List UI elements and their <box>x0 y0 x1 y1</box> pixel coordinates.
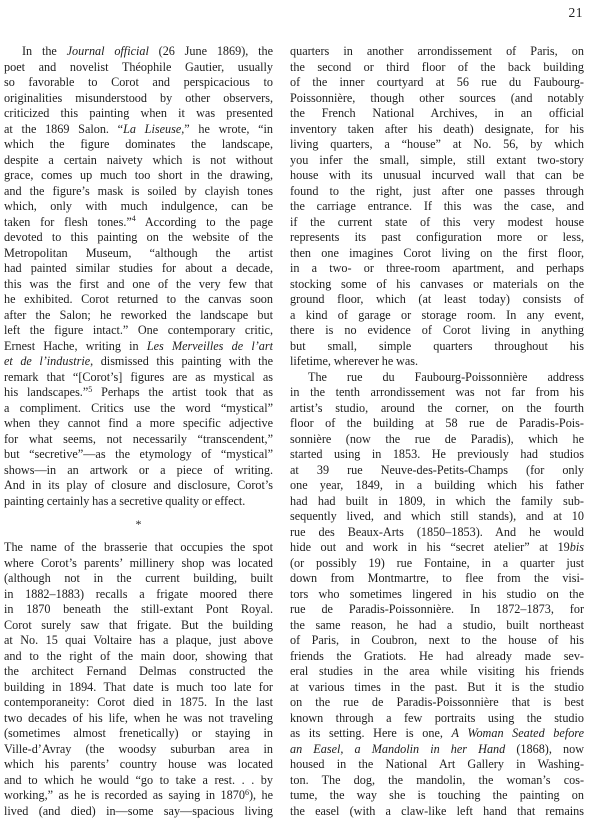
text-line: in 1870 beneath the still-extant Pont Ro… <box>4 602 273 618</box>
text-line: when they cannot find a more specific ad… <box>4 416 273 432</box>
text-line: originalities misunderstood by other obs… <box>4 91 273 107</box>
text-line: which his parents’ country house was loc… <box>4 757 273 773</box>
italic-text: La Liseuse <box>123 122 181 136</box>
text-line: remark that “[Corot’s] figures are as my… <box>4 370 273 386</box>
text-line: (although not in the current building, b… <box>4 571 273 587</box>
text-line: found to the right, just after one passe… <box>290 184 584 200</box>
text-line: quarters in another arrondissement of Pa… <box>290 44 584 60</box>
text-line: in a two- or three-room apartment, and p… <box>290 261 584 277</box>
text-line: where Corot’s parents’ millinery shop wa… <box>4 556 273 572</box>
text-line: working,” as he is recorded as saying in… <box>4 788 273 804</box>
text-line: The name of the brasserie that occupies … <box>4 540 273 556</box>
text-line: a compliment. Critics use the word “myst… <box>4 401 273 417</box>
italic-text: et de l’industrie <box>4 354 90 368</box>
text-line: an Easel, a Mandolin in her Hand (1868),… <box>290 742 584 758</box>
text-line: stocking some of his canvases or materia… <box>290 277 584 293</box>
text-line: and the figure’s mask is soiled by clayi… <box>4 184 273 200</box>
italic-text: A Woman Seated before <box>452 726 584 740</box>
text-line: And in its play of closure and disclosur… <box>4 478 273 494</box>
text-line: hide out and work in his “secret atelier… <box>290 540 584 556</box>
paragraph: In the Journal official (26 June 1869), … <box>4 44 273 509</box>
text-line: living quarters, a “house” at No. 56, by… <box>290 137 584 153</box>
text-line: Ernest Hache, writing in Les Merveilles … <box>4 339 273 355</box>
text-line: the carriage entrance. If this was the c… <box>290 199 584 215</box>
text-line: the second or third floor of the back bu… <box>290 60 584 76</box>
footnote-reference: 6 <box>245 788 249 797</box>
text-line: in the tenth arrondissement was not far … <box>290 385 584 401</box>
text-line: so favorable to Corot and perspicacious … <box>4 75 273 91</box>
text-line: shows—in an artwork or a piece of writin… <box>4 463 273 479</box>
text-line: building in 1894. That date is much too … <box>4 680 273 696</box>
text-line: then one imagines Corot living on the fi… <box>290 246 584 262</box>
text-line: tors who sometimes lingered in his studi… <box>290 587 584 603</box>
text-line: (or possibly 19) rue Fontaine, in a quar… <box>290 556 584 572</box>
text-line: Metropolitan Museum, “although the artis… <box>4 246 273 262</box>
text-line: criticized this painting when it was pre… <box>4 106 273 122</box>
text-line: floor of the building at 58 rue de Parad… <box>290 416 584 432</box>
text-line: friends the Gratiots. He had already mad… <box>290 649 584 665</box>
page-number: 21 <box>569 5 584 21</box>
text-line: sequently lived, and which still stands)… <box>290 509 584 525</box>
paragraph: The name of the brasserie that occupies … <box>4 540 273 819</box>
text-line: et de l’industrie, dismissed this painti… <box>4 354 273 370</box>
text-line: at various times in the past. But it is … <box>290 680 584 696</box>
text-line: and to which he would “go to take a rest… <box>4 773 273 789</box>
text-line: artist’s studio, around the corner, on t… <box>290 401 584 417</box>
text-line: but small, simple quarters throughout hi… <box>290 339 584 355</box>
text-line: a kind of garage or storage room. In any… <box>290 308 584 324</box>
text-line: grace, comes up much too short in the dr… <box>4 168 273 184</box>
text-line: despite a certain naivety which is not w… <box>4 153 273 169</box>
text-line: inventory taken after his death) designa… <box>290 122 584 138</box>
text-line: which the figure dominates the landscape… <box>4 137 273 153</box>
text-line: devoted to this painting on the website … <box>4 230 273 246</box>
text-line: represents its past configuration more o… <box>290 230 584 246</box>
text-line: one year, 1849, in a building which his … <box>290 478 584 494</box>
text-line: rue des Beaux-Arts (1850–1853). And he w… <box>290 525 584 541</box>
text-line: there is no evidence of Corot living in … <box>290 323 584 339</box>
text-line: taken for flesh tones.”4 According to th… <box>4 215 273 231</box>
text-line: contemporaneity: Corot died in 1875. In … <box>4 695 273 711</box>
italic-text: Journal official <box>67 44 149 58</box>
text-line: eral studies in the area while visiting … <box>290 664 584 680</box>
text-line: started using in 1853. He previously had… <box>290 447 584 463</box>
text-line: the easel (with a claw-like left hand th… <box>290 804 584 820</box>
footnote-reference: 4 <box>132 215 136 224</box>
text-line: he exhibited. Corot returned to the canv… <box>4 292 273 308</box>
text-line: The rue du Faubourg-Poissonnière address <box>290 370 584 386</box>
text-line: in 1882–1883) recalls a frigate moored t… <box>4 587 273 603</box>
column-left: In the Journal official (26 June 1869), … <box>4 44 273 819</box>
text-line: ground floor, which (at least today) con… <box>290 292 584 308</box>
text-line: you infer the small, simple, still extan… <box>290 153 584 169</box>
text-line: Ville-d’Avray (the woodsy suburban area … <box>4 742 273 758</box>
text-line: had had built in 1809, in which the fami… <box>290 494 584 510</box>
text-line: the French National Archives, in an offi… <box>290 106 584 122</box>
column-right: quarters in another arrondissement of Pa… <box>290 44 584 819</box>
text-line: (sometimes almost frenetically) or stayi… <box>4 726 273 742</box>
section-separator: * <box>4 509 273 540</box>
text-line: but “secretive”—as the etymology of “mys… <box>4 447 273 463</box>
text-line: known through a few portraits using the … <box>290 711 584 727</box>
text-line: this was the first and one of the very f… <box>4 277 273 293</box>
text-line: of the inner courtyard at 56 rue du Faub… <box>290 75 584 91</box>
text-line: and to the right of the main door, showi… <box>4 649 273 665</box>
text-line: on the rue de Paradis-Poissonnière that … <box>290 695 584 711</box>
italic-text: an Easel, a Mandolin in her Hand <box>290 742 505 756</box>
paragraph: The rue du Faubourg-Poissonnière address… <box>290 370 584 820</box>
footnote-reference: 5 <box>88 385 92 394</box>
text-line: had painted similar studies for about a … <box>4 261 273 277</box>
text-line: lifetime, wherever he was. <box>290 354 584 370</box>
text-line: down from Montmartre, to flee from the v… <box>290 571 584 587</box>
text-line: In the Journal official (26 June 1869), … <box>4 44 273 60</box>
text-line: if the current state of this very modest… <box>290 215 584 231</box>
text-line: sonnière (now the rue de Paradis), which… <box>290 432 584 448</box>
text-line: left the figure intact.” One contemporar… <box>4 323 273 339</box>
text-line: rue de Paradis-Poissonnière. In 1872–187… <box>290 602 584 618</box>
text-line: at 39 rue Neuve-des-Petits-Champs (for o… <box>290 463 584 479</box>
text-line: two decades of his life, when he was not… <box>4 711 273 727</box>
italic-text: bis <box>570 540 584 554</box>
text-line: painting certainly has a secretive quali… <box>4 494 273 510</box>
text-line: housed in the National Art Gallery in Wa… <box>290 757 584 773</box>
paragraph: quarters in another arrondissement of Pa… <box>290 44 584 370</box>
text-line: at the 1869 Salon. “La Liseuse,” he wrot… <box>4 122 273 138</box>
italic-text: Les Merveilles de l’art <box>147 339 273 353</box>
text-line: ton. The dog, the mandolin, the woman’s … <box>290 773 584 789</box>
text-line: after the Salon; he reworked the landsca… <box>4 308 273 324</box>
text-line: at No. 15 quai Voltaire has a plaque, ju… <box>4 633 273 649</box>
text-line: tume, the way she is touching the painti… <box>290 788 584 804</box>
text-line: for what seems, not necessarily “transce… <box>4 432 273 448</box>
text-line: Poissonnière, though other sources (and … <box>290 91 584 107</box>
text-line: which, only with much indulgence, can be <box>4 199 273 215</box>
text-line: poet and novelist Théophile Gautier, usu… <box>4 60 273 76</box>
text-line: Corot surely saw that frigate. But the b… <box>4 618 273 634</box>
text-line: as its setting. Here is one, A Woman Sea… <box>290 726 584 742</box>
text-line: of Paris, in Coubron, next to the house … <box>290 633 584 649</box>
text-line: his landscapes.”5 Perhaps the artist too… <box>4 385 273 401</box>
text-line: the architect Fernand Delmas constructed… <box>4 664 273 680</box>
text-line: house with its unusual incurved wall tha… <box>290 168 584 184</box>
text-line: the same reason, he had a studio, built … <box>290 618 584 634</box>
text-line: lived (and died) in—some say—spacious li… <box>4 804 273 820</box>
